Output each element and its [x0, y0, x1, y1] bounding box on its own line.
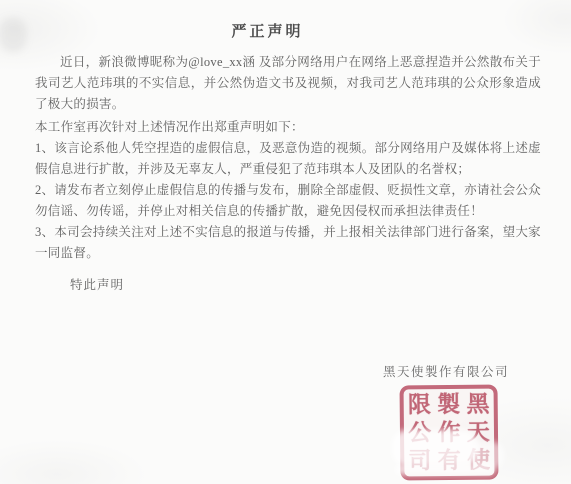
statement-item-3: 3、本司会持续关注对上述不实信息的报道与传播，并上报相关法律部门进行备案，望大家… — [35, 222, 541, 264]
statement-lead: 本工作室再次针对上述情况作出郑重声明如下： — [35, 117, 541, 138]
statement-section: 本工作室再次针对上述情况作出郑重声明如下： 1、该言论系他人凭空捏造的虚假信息，… — [35, 117, 541, 264]
watermark-overlay — [392, 430, 478, 466]
company-signature: 黑天使製作有限公司 — [383, 362, 509, 380]
seal-character: 製 — [434, 390, 464, 419]
closing-phrase: 特此声明 — [70, 275, 124, 293]
seal-character: 限 — [405, 390, 435, 419]
statement-item-1: 1、该言论系他人凭空捏造的虚假信息，及恶意伪造的视频。部分网络用户及媒体将上述虚… — [35, 138, 541, 180]
document-page: 严正声明 近日，新浪微博昵称为@love_xx涵 及部分网络用户在网络上恶意捏造… — [0, 0, 571, 484]
seal-character: 黑 — [463, 390, 493, 419]
scan-smudge — [0, 18, 26, 52]
intro-paragraph: 近日，新浪微博昵称为@love_xx涵 及部分网络用户在网络上恶意捏造并公然散布… — [35, 52, 541, 115]
watermark-overlay — [470, 442, 504, 468]
document-title: 严正声明 — [35, 20, 500, 41]
statement-item-2: 2、请发布者立刻停止虚假信息的传播与发布，删除全部虚假、贬损性文章，亦请社会公众… — [35, 180, 541, 222]
